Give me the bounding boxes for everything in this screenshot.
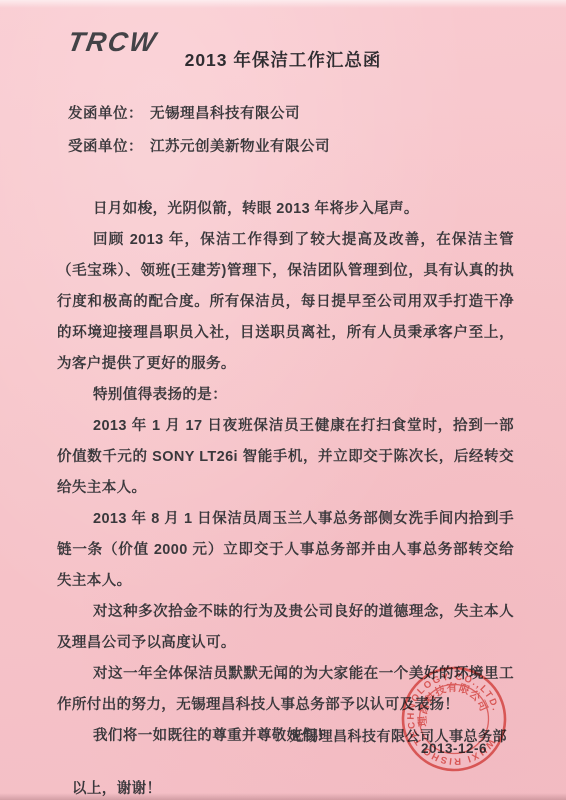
- body-paragraph: 日月如梭，光阴似箭，转眼 2013 年将步入尾声。: [57, 194, 514, 225]
- body-paragraph: 2013 年 1 月 17 日夜班保洁员王健康在打扫食堂时，拾到一部价值数千元的…: [57, 411, 514, 504]
- body-paragraph: 2013 年 8 月 1 日保洁员周玉兰人事总务部侧女洗手间内拾到手链一条（价值…: [57, 504, 514, 597]
- to-value: 江苏元创美新物业有限公司: [150, 139, 330, 155]
- to-label: 受函单位：: [68, 139, 143, 155]
- letter-page: TRCW 2013 年保洁工作汇总函 发函单位：无锡理昌科技有限公司 受函单位：…: [0, 0, 566, 800]
- from-label: 发函单位：: [68, 106, 143, 122]
- body-paragraph: 特别值得表扬的是：: [57, 380, 514, 411]
- meta-block: 发函单位：无锡理昌科技有限公司 受函单位：江苏元创美新物业有限公司: [68, 98, 518, 164]
- from-line: 发函单位：无锡理昌科技有限公司: [68, 98, 518, 131]
- seal-ink: WUXI RISHO TECHNOLOGY CO.,LTD. 理昌科技有限公司: [401, 666, 506, 771]
- company-seal: WUXI RISHO TECHNOLOGY CO.,LTD. 理昌科技有限公司: [375, 640, 532, 797]
- to-line: 受函单位：江苏元创美新物业有限公司: [68, 131, 518, 164]
- body-paragraph: 回顾 2013 年，保洁工作得到了较大提高及改善，在保洁主管（毛宝珠）、领班(王…: [57, 225, 514, 380]
- document-title: 2013 年保洁工作汇总函: [0, 47, 566, 72]
- from-value: 无锡理昌科技有限公司: [150, 106, 300, 122]
